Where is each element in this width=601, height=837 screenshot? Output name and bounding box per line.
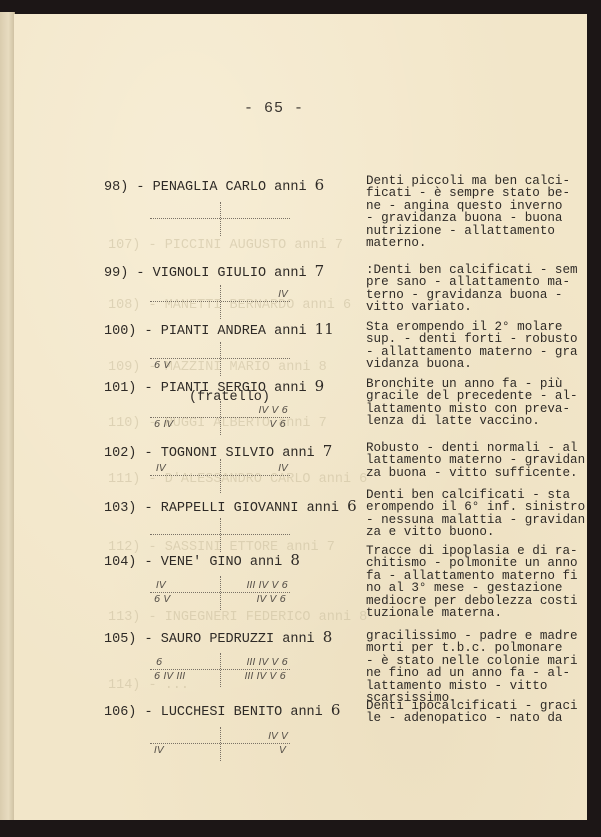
age-label: anni xyxy=(307,501,339,516)
entry-number: 100) xyxy=(104,324,136,339)
entry-number: 105) xyxy=(104,632,136,647)
teeth-lower-left: IV xyxy=(154,745,164,756)
dental-chart-vertical-axis xyxy=(220,285,221,319)
left-page-edge xyxy=(0,12,15,820)
patient-name: PENAGLIA CARLO xyxy=(153,180,266,195)
teeth-upper-left: IV xyxy=(156,580,166,591)
dental-chart: IV VIVV xyxy=(150,727,290,761)
clinical-note: gracilissimo - padre e madre morti per t… xyxy=(366,630,581,704)
entry-heading: 98) - PENAGLIA CARLO anni 6 xyxy=(104,176,324,195)
teeth-upper-right: IV V 6 xyxy=(259,405,288,416)
entry-number: 98) xyxy=(104,180,128,195)
entry-heading: 100) - PIANTI ANDREA anni 11 xyxy=(104,320,334,339)
clinical-note: Robusto - denti normali - al lattamento … xyxy=(366,442,581,479)
entry-number: 102) xyxy=(104,446,136,461)
dental-chart-vertical-axis xyxy=(220,342,221,376)
patient-age: 6 xyxy=(331,701,341,719)
patient-name: PIANTI ANDREA xyxy=(161,324,266,339)
entry-number: 101) xyxy=(104,381,136,396)
teeth-upper-right: IV V xyxy=(268,731,288,742)
clinical-note: Tracce di ipoplasia e di ra- chitismo - … xyxy=(366,545,581,619)
clinical-note: Denti piccoli ma ben calci- ficati - è s… xyxy=(366,175,581,249)
teeth-lower-right: IV V 6 xyxy=(257,594,286,605)
age-label: anni xyxy=(290,705,322,720)
teeth-upper-right: III IV V 6 xyxy=(247,580,288,591)
teeth-upper-right: IV xyxy=(278,289,288,300)
teeth-lower-right: V 6 xyxy=(270,419,286,430)
patient-age: 6 xyxy=(347,497,357,515)
bleed-through-line: 113) - INGEGNERI FEDERICO anni 8 xyxy=(108,610,367,625)
entry-heading: 106) - LUCCHESI BENITO anni 6 xyxy=(104,701,340,720)
teeth-lower-left: 6 IV III xyxy=(154,671,185,682)
dental-chart-vertical-axis xyxy=(220,202,221,236)
dental-chart: 6III IV V 66 IV IIIIII IV V 6 xyxy=(150,653,290,687)
age-label: anni xyxy=(250,555,282,570)
entry-number: 106) xyxy=(104,705,136,720)
age-label: anni xyxy=(274,266,306,281)
entry-heading: 104) - VENE' GINO anni 8 xyxy=(104,551,300,570)
entry-heading: 105) - SAURO PEDRUZZI anni 8 xyxy=(104,628,332,647)
patient-age: 11 xyxy=(315,320,334,338)
teeth-upper-left: 6 xyxy=(156,657,162,668)
dental-chart-vertical-axis xyxy=(220,727,221,761)
clinical-note: Denti ben calcificati - sta erompendo il… xyxy=(366,489,581,539)
teeth-lower-right: III IV V 6 xyxy=(245,671,286,682)
patient-name: RAPPELLI GIOVANNI xyxy=(161,501,299,516)
page-number: - 65 - xyxy=(244,100,304,117)
dental-chart: 6 V xyxy=(150,342,290,376)
patient-age: 8 xyxy=(323,628,333,646)
teeth-lower-left: 6 IV xyxy=(154,419,173,430)
clinical-note: Bronchite un anno fa - più gracile del p… xyxy=(366,378,581,428)
teeth-lower-left: 6 V xyxy=(154,594,170,605)
dental-chart-vertical-axis xyxy=(220,459,221,493)
patient-name: SAURO PEDRUZZI xyxy=(161,632,274,647)
patient-age: 7 xyxy=(323,442,333,460)
dental-chart-vertical-axis xyxy=(220,401,221,435)
teeth-upper-right: IV xyxy=(278,463,288,474)
dental-chart: IV xyxy=(150,285,290,319)
dental-chart xyxy=(150,202,290,236)
dental-chart-vertical-axis xyxy=(220,518,221,552)
bleed-through-line: 107) - PICCINI AUGUSTO anni 7 xyxy=(108,238,343,253)
patient-name: VIGNOLI GIULIO xyxy=(153,266,266,281)
dental-chart xyxy=(150,518,290,552)
teeth-upper-right: III IV V 6 xyxy=(247,657,288,668)
entry-heading: 99) - VIGNOLI GIULIO anni 7 xyxy=(104,262,324,281)
dental-chart: IV V 66 IVV 6 xyxy=(150,401,290,435)
age-label: anni xyxy=(274,381,306,396)
dental-chart-vertical-axis xyxy=(220,576,221,610)
entry-number: 99) xyxy=(104,266,128,281)
clinical-note: Sta erompendo il 2° molare sup. - denti … xyxy=(366,321,581,371)
entry-number: 104) xyxy=(104,555,136,570)
dental-chart: IVIV xyxy=(150,459,290,493)
patient-name: LUCCHESI BENITO xyxy=(161,705,283,720)
age-label: anni xyxy=(282,632,314,647)
age-label: anni xyxy=(274,180,306,195)
teeth-lower-right: V xyxy=(279,745,286,756)
teeth-lower-left: 6 V xyxy=(154,360,170,371)
patient-name: VENE' GINO xyxy=(161,555,242,570)
age-label: anni xyxy=(274,324,306,339)
dental-chart: IVIII IV V 66 VIV V 6 xyxy=(150,576,290,610)
patient-age: 9 xyxy=(315,377,325,395)
clinical-note: :Denti ben calcificati - sem pre sano - … xyxy=(366,264,581,314)
patient-age: 8 xyxy=(290,551,300,569)
entry-number: 103) xyxy=(104,501,136,516)
clinical-note: Denti ipocalcificati - graci le - adenop… xyxy=(366,700,581,725)
dental-chart-vertical-axis xyxy=(220,653,221,687)
patient-age: 6 xyxy=(315,176,325,194)
teeth-upper-left: IV xyxy=(156,463,166,474)
entry-heading: 103) - RAPPELLI GIOVANNI anni 6 xyxy=(104,497,357,516)
scanner-background xyxy=(587,14,601,820)
patient-age: 7 xyxy=(315,262,325,280)
